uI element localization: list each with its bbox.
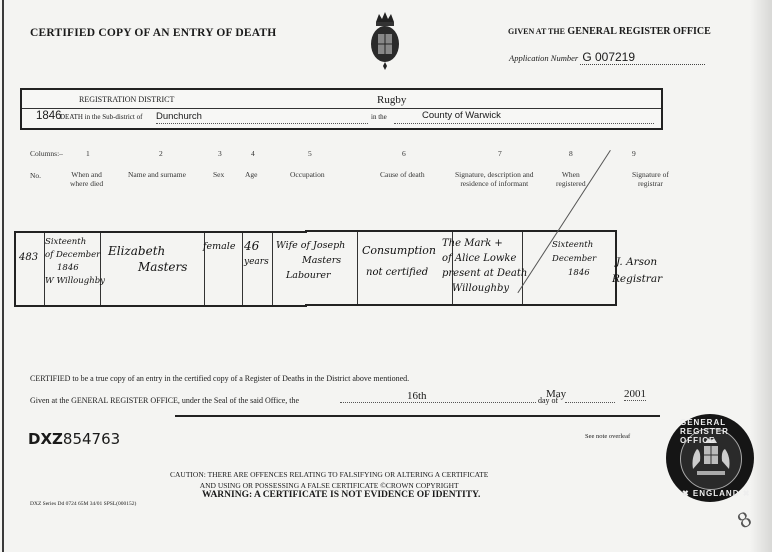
subdistrict-dotline xyxy=(156,123,368,124)
hand-line: Elizabeth xyxy=(108,243,187,259)
entry-sex: female xyxy=(203,240,235,254)
hand-line: Sixteenth xyxy=(552,238,596,252)
scan-shadow xyxy=(750,0,772,552)
hand-line: W Willoughby xyxy=(45,275,105,288)
given-at-office: GIVEN AT THE GENERAL REGISTER OFFICE xyxy=(508,26,711,37)
entry-informant: The Mark + of Alice Lowke present at Dea… xyxy=(442,236,527,296)
entry-occupation: Wife of Joseph Masters Labourer xyxy=(276,238,345,283)
district-divider xyxy=(22,108,661,109)
in-the-label: in the xyxy=(371,113,387,121)
hand-line: of December xyxy=(45,249,105,262)
certificate-title: CERTIFIED COPY OF AN ENTRY OF DEATH xyxy=(30,27,276,39)
signature-rule xyxy=(175,415,660,417)
month-dotline xyxy=(565,402,615,403)
header-registered: When registered xyxy=(556,170,586,188)
header-name: Name and surname xyxy=(128,170,186,179)
hand-line: Labourer xyxy=(276,268,345,283)
hand-line: of Alice Lowke xyxy=(442,251,527,266)
entry-registrar: J. Arson Registrar xyxy=(612,254,662,288)
hand-line: 1846 xyxy=(45,262,105,275)
header-line: Signature of xyxy=(632,170,669,179)
column-number-2: 2 xyxy=(159,149,163,158)
header-line: residence of informant xyxy=(455,179,534,188)
header-registrar: Signature of registrar xyxy=(632,170,669,188)
header-line: When and xyxy=(70,170,103,179)
header-informant: Signature, description and residence of … xyxy=(455,170,534,188)
entry-name: Elizabeth Masters xyxy=(108,243,187,275)
header-line: When xyxy=(556,170,586,179)
caution-line: CAUTION: THERE ARE OFFENCES RELATING TO … xyxy=(170,469,488,480)
column-number-1: 1 xyxy=(86,149,90,158)
application-number-row: Application Number G 007219 xyxy=(509,50,705,64)
hand-line: Masters xyxy=(108,259,187,275)
header-line: Signature, description and xyxy=(455,170,534,179)
see-note-overleaf: See note overleaf xyxy=(585,433,630,440)
certified-month: May xyxy=(546,388,566,400)
hand-line: Sixteenth xyxy=(45,236,105,249)
entry-registered: Sixteenth December 1846 xyxy=(552,238,596,280)
subdistrict-value: Dunchurch xyxy=(156,111,202,122)
certified-year: 2001 xyxy=(624,388,646,401)
header-age: Age xyxy=(245,170,258,179)
caution-notice: CAUTION: THERE ARE OFFENCES RELATING TO … xyxy=(170,469,488,491)
county-value: County of Warwick xyxy=(422,110,501,121)
subdistrict-label: DEATH in the Sub-district of xyxy=(60,113,142,121)
entry-age: 46 years xyxy=(244,238,269,270)
seal-top-text: GENERAL REGISTER OFFICE xyxy=(680,418,754,445)
serial-number: 854763 xyxy=(63,430,120,448)
registration-district-value: Rugby xyxy=(377,94,406,106)
column-number-9: 9 xyxy=(632,149,636,158)
county-dotline xyxy=(394,123,654,124)
given-prefix: GIVEN AT THE xyxy=(508,27,565,36)
header-line: where died xyxy=(70,179,103,188)
header-cause: Cause of death xyxy=(380,170,425,179)
header-line: registrar xyxy=(632,179,669,188)
cell-divider xyxy=(242,233,243,305)
header-occupation: Occupation xyxy=(290,170,325,179)
entry-when-where: Sixteenth of December 1846 W Willoughby xyxy=(45,236,105,288)
columns-label: Columns:– xyxy=(30,149,63,158)
day-dotline xyxy=(340,402,536,403)
hand-line: not certified xyxy=(362,262,436,284)
general-register-office-seal-icon: GENERAL REGISTER OFFICE ✖ ENGLAND ✖ xyxy=(666,414,754,502)
entry-cause: Consumption not certified xyxy=(362,240,436,284)
column-number-7: 7 xyxy=(498,149,502,158)
column-number-3: 3 xyxy=(218,149,222,158)
hand-line: 46 xyxy=(244,238,269,254)
hand-line: 1846 xyxy=(552,266,596,280)
column-number-5: 5 xyxy=(308,149,312,158)
hand-line: The Mark + xyxy=(442,236,527,251)
header-no: No. xyxy=(30,171,41,180)
column-number-8: 8 xyxy=(569,149,573,158)
hand-line: Masters xyxy=(276,253,345,268)
hand-line: Wife of Joseph xyxy=(276,238,345,253)
header-sex: Sex xyxy=(213,170,224,179)
hand-line: J. Arson xyxy=(612,254,662,271)
application-number: G 007219 xyxy=(580,50,705,65)
death-year: 1846 xyxy=(36,110,62,122)
column-number-4: 4 xyxy=(251,149,255,158)
column-number-6: 6 xyxy=(402,149,406,158)
cell-divider xyxy=(272,233,273,305)
hand-line: Consumption xyxy=(362,240,436,262)
certified-day: 16th xyxy=(407,390,427,402)
header-line: registered xyxy=(556,179,586,188)
print-code: DXZ Series Dd 0724 65M 34/01 SPSL(000152… xyxy=(30,501,136,507)
given-statement: Given at the GENERAL REGISTER OFFICE, un… xyxy=(30,396,299,405)
hand-line: Willoughby xyxy=(442,281,527,296)
seal-bottom-text: ✖ ENGLAND ✖ xyxy=(682,489,750,498)
certified-statement: CERTIFIED to be a true copy of an entry … xyxy=(30,374,409,383)
header-when-where: When and where died xyxy=(70,170,103,188)
royal-crest-icon xyxy=(368,10,402,72)
office-name: GENERAL REGISTER OFFICE xyxy=(567,26,710,37)
hand-line: Registrar xyxy=(612,271,662,288)
cell-divider xyxy=(357,232,358,304)
hand-line: December xyxy=(552,252,596,266)
identity-warning: WARNING: A CERTIFICATE IS NOT EVIDENCE O… xyxy=(202,490,480,500)
certificate-serial: DXZ854763 xyxy=(28,430,120,448)
registration-district-box: REGISTRATION DISTRICT Rugby 1846 DEATH i… xyxy=(20,88,663,130)
serial-prefix: DXZ xyxy=(28,430,63,448)
entry-number: 483 xyxy=(19,251,38,265)
hand-line: present at Death xyxy=(442,266,527,281)
page-edge xyxy=(2,0,4,552)
hand-line: years xyxy=(244,254,269,270)
registration-district-label: REGISTRATION DISTRICT xyxy=(79,95,174,104)
application-label: Application Number xyxy=(509,53,578,63)
